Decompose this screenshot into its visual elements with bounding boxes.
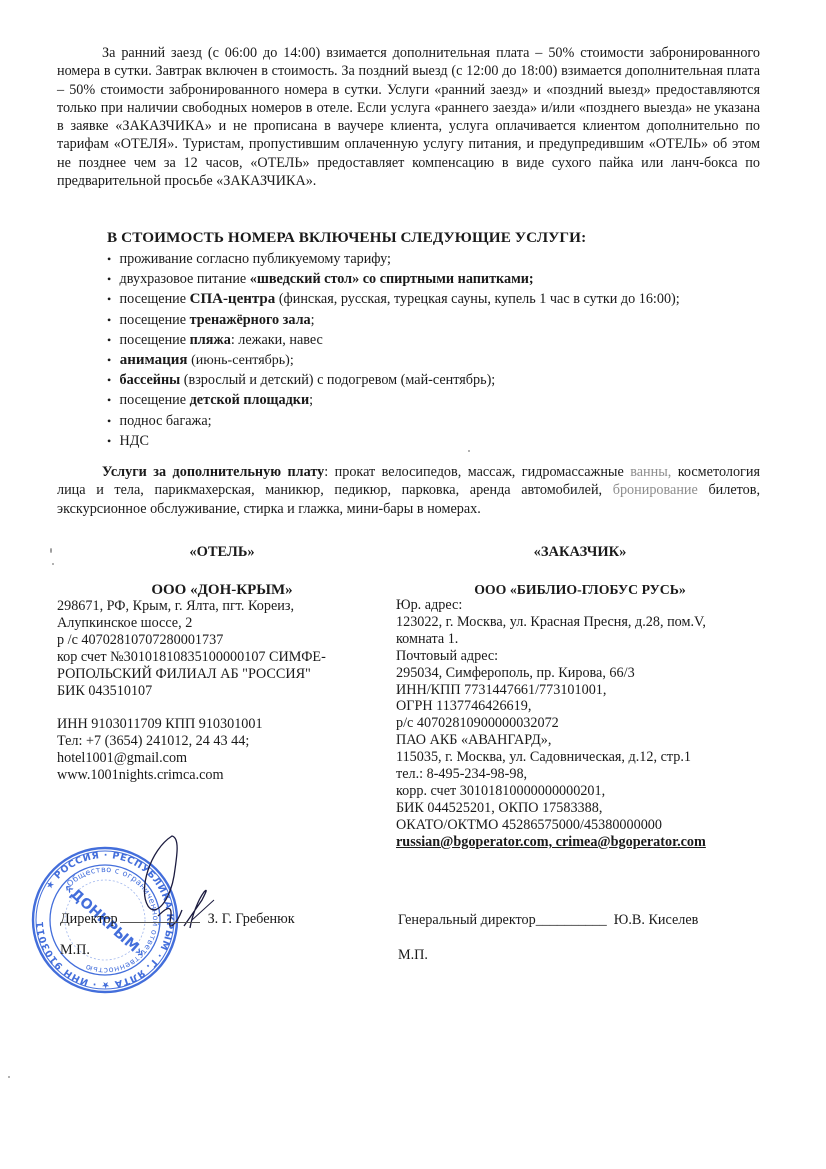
- requisite-line: ОГРН 1137746426619,: [396, 698, 706, 715]
- item-bold: детской площадки: [190, 392, 310, 408]
- extra-services-label: Услуги за дополнительную плату: [102, 464, 324, 480]
- requisite-line: БИК 044525201, ОКПО 17583388,: [396, 800, 706, 817]
- requisite-line: Юр. адрес:: [396, 597, 706, 614]
- extra-services-paragraph: Услуги за дополнительную плату: прокат в…: [57, 463, 760, 518]
- list-item: • анимация (июнь-сентябрь);: [107, 350, 680, 370]
- requisite-line: [57, 699, 326, 716]
- requisite-line: РОПОЛЬСКИЙ ФИЛИАЛ АБ "РОССИЯ": [57, 666, 326, 683]
- list-item: • двухразовое питание «шведский стол» со…: [107, 269, 680, 289]
- requisite-line: ИНН 9103011709 КПП 910301001: [57, 716, 326, 733]
- hotel-signature-line: ДиректорЗ. Г. Гребенюк: [60, 910, 295, 928]
- client-requisites: Юр. адрес: 123022, г. Москва, ул. Красна…: [396, 597, 706, 851]
- item-bold: «шведский стол» со спиртными напитками;: [250, 271, 534, 287]
- hotel-signer-title: Директор: [60, 911, 118, 927]
- item-text: проживание согласно публикуемому тарифу;: [120, 251, 391, 267]
- hotel-email[interactable]: hotel1001@gmail.com: [57, 750, 326, 767]
- item-bold: СПА-центра: [190, 291, 276, 307]
- requisite-line: Почтовый адрес:: [396, 648, 706, 665]
- bullet-icon: •: [107, 330, 116, 350]
- item-text: НДС: [120, 433, 149, 449]
- bullet-icon: •: [107, 431, 116, 451]
- client-signer-title: Генеральный директор: [398, 912, 536, 928]
- item-text: : лежаки, навес: [231, 332, 323, 348]
- hotel-signer-name: З. Г. Гребенюк: [208, 911, 295, 927]
- item-text: поднос багажа;: [120, 413, 212, 429]
- signature-underline: [120, 910, 200, 923]
- item-text: (июнь-сентябрь);: [188, 353, 294, 368]
- list-item: • поднос багажа;: [107, 411, 680, 431]
- list-item: • НДС: [107, 431, 680, 451]
- bullet-icon: •: [107, 289, 116, 309]
- item-text: двухразовое питание: [120, 271, 250, 287]
- list-item: • посещение СПА-центра (финская, русская…: [107, 289, 680, 309]
- item-text: ;: [311, 312, 315, 328]
- extra-text-faded: бронирование: [613, 482, 698, 498]
- requisite-line: ИНН/КПП 7731447661/773101001,: [396, 682, 706, 699]
- hotel-website[interactable]: www.1001nights.crimca.com: [57, 767, 326, 784]
- bullet-icon: •: [107, 269, 116, 289]
- item-text: посещение: [120, 392, 190, 408]
- item-text: посещение: [120, 312, 190, 328]
- requisite-line: ПАО АКБ «АВАНГАРД»,: [396, 732, 706, 749]
- bullet-icon: •: [107, 249, 116, 269]
- included-services-title: В СТОИМОСТЬ НОМЕРА ВКЛЮЧЕНЫ СЛЕДУЮЩИЕ УС…: [107, 229, 586, 247]
- document-page: За ранний заезд (с 06:00 до 14:00) взима…: [0, 0, 826, 1169]
- list-item: • бассейны (взрослый и детский) с подогр…: [107, 370, 680, 390]
- hotel-requisites: 298671, РФ, Крым, г. Ялта, пгт. Кореиз, …: [57, 598, 326, 784]
- item-text: (финская, русская, турецкая сауны, купел…: [275, 291, 679, 307]
- extra-text-faded: ванны,: [630, 464, 671, 480]
- bullet-icon: •: [107, 411, 116, 431]
- signature-blank: __________: [536, 912, 607, 928]
- client-signer-name: Ю.В. Киселев: [614, 912, 699, 928]
- requisite-line: Тел: +7 (3654) 241012, 24 43 44;: [57, 733, 326, 750]
- item-text: ;: [309, 392, 313, 408]
- extra-text: : прокат велосипедов, массаж, гидромасса…: [324, 464, 630, 480]
- requisite-line: кор счет №30101810835100000107 СИМФЕ-: [57, 649, 326, 666]
- item-text: посещение: [120, 291, 190, 307]
- client-role-heading: «ЗАКАЗЧИК»: [390, 544, 770, 561]
- client-seal-mark: М.П.: [398, 947, 428, 964]
- requisite-line: 295034, Симферополь, пр. Кирова, 66/3: [396, 665, 706, 682]
- scan-speck: [468, 450, 470, 452]
- requisite-line: БИК 043510107: [57, 683, 326, 700]
- requisite-line: р /с 40702810707280001737: [57, 632, 326, 649]
- list-item: • посещение детской площадки;: [107, 390, 680, 410]
- requisite-line: ОКАТО/ОКТМО 45286575000/45380000000: [396, 817, 706, 834]
- client-org-name: ООО «БИБЛИО-ГЛОБУС РУСЬ»: [390, 582, 770, 598]
- item-bold: бассейны: [120, 372, 181, 388]
- bullet-icon: •: [107, 390, 116, 410]
- item-bold: пляжа: [190, 332, 231, 348]
- item-bold: тренажёрного зала: [190, 312, 311, 328]
- bullet-icon: •: [107, 350, 116, 370]
- requisite-line: р/с 40702810900000032072: [396, 715, 706, 732]
- requisite-line: тел.: 8-495-234-98-98,: [396, 766, 706, 783]
- requisite-line: комната 1.: [396, 631, 706, 648]
- requisite-line: 115035, г. Москва, ул. Садовническая, д.…: [396, 749, 706, 766]
- item-text: посещение: [120, 332, 190, 348]
- bullet-icon: •: [107, 310, 116, 330]
- list-item: • посещение тренажёрного зала;: [107, 310, 680, 330]
- requisite-line: Алупкинское шоссе, 2: [57, 615, 326, 632]
- scan-speck: [52, 563, 54, 565]
- client-signature-line: Генеральный директор__________ Ю.В. Кисе…: [398, 912, 698, 929]
- list-item: • посещение пляжа: лежаки, навес: [107, 330, 680, 350]
- intro-paragraph: За ранний заезд (с 06:00 до 14:00) взима…: [57, 44, 760, 190]
- item-bold: анимация: [120, 352, 188, 368]
- hotel-role-heading: «ОТЕЛЬ»: [57, 544, 387, 561]
- scan-speck: [8, 1076, 10, 1078]
- bullet-icon: •: [107, 370, 116, 390]
- requisite-line: 298671, РФ, Крым, г. Ялта, пгт. Кореиз,: [57, 598, 326, 615]
- intro-text: За ранний заезд (с 06:00 до 14:00) взима…: [57, 45, 760, 189]
- scan-speck: [50, 548, 52, 553]
- list-item: • проживание согласно публикуемому тариф…: [107, 249, 680, 269]
- item-text: (взрослый и детский) с подогревом (май-с…: [180, 372, 495, 388]
- requisite-line: корр. счет 30101810000000000201,: [396, 783, 706, 800]
- hotel-seal-mark: М.П.: [60, 942, 90, 959]
- client-emails-link[interactable]: russian@bgoperator.com, crimea@bgoperato…: [396, 834, 706, 851]
- hotel-org-name: ООО «ДОН-КРЫМ»: [57, 582, 387, 599]
- requisite-line: 123022, г. Москва, ул. Красная Пресня, д…: [396, 614, 706, 631]
- included-services-list: • проживание согласно публикуемому тариф…: [107, 249, 680, 451]
